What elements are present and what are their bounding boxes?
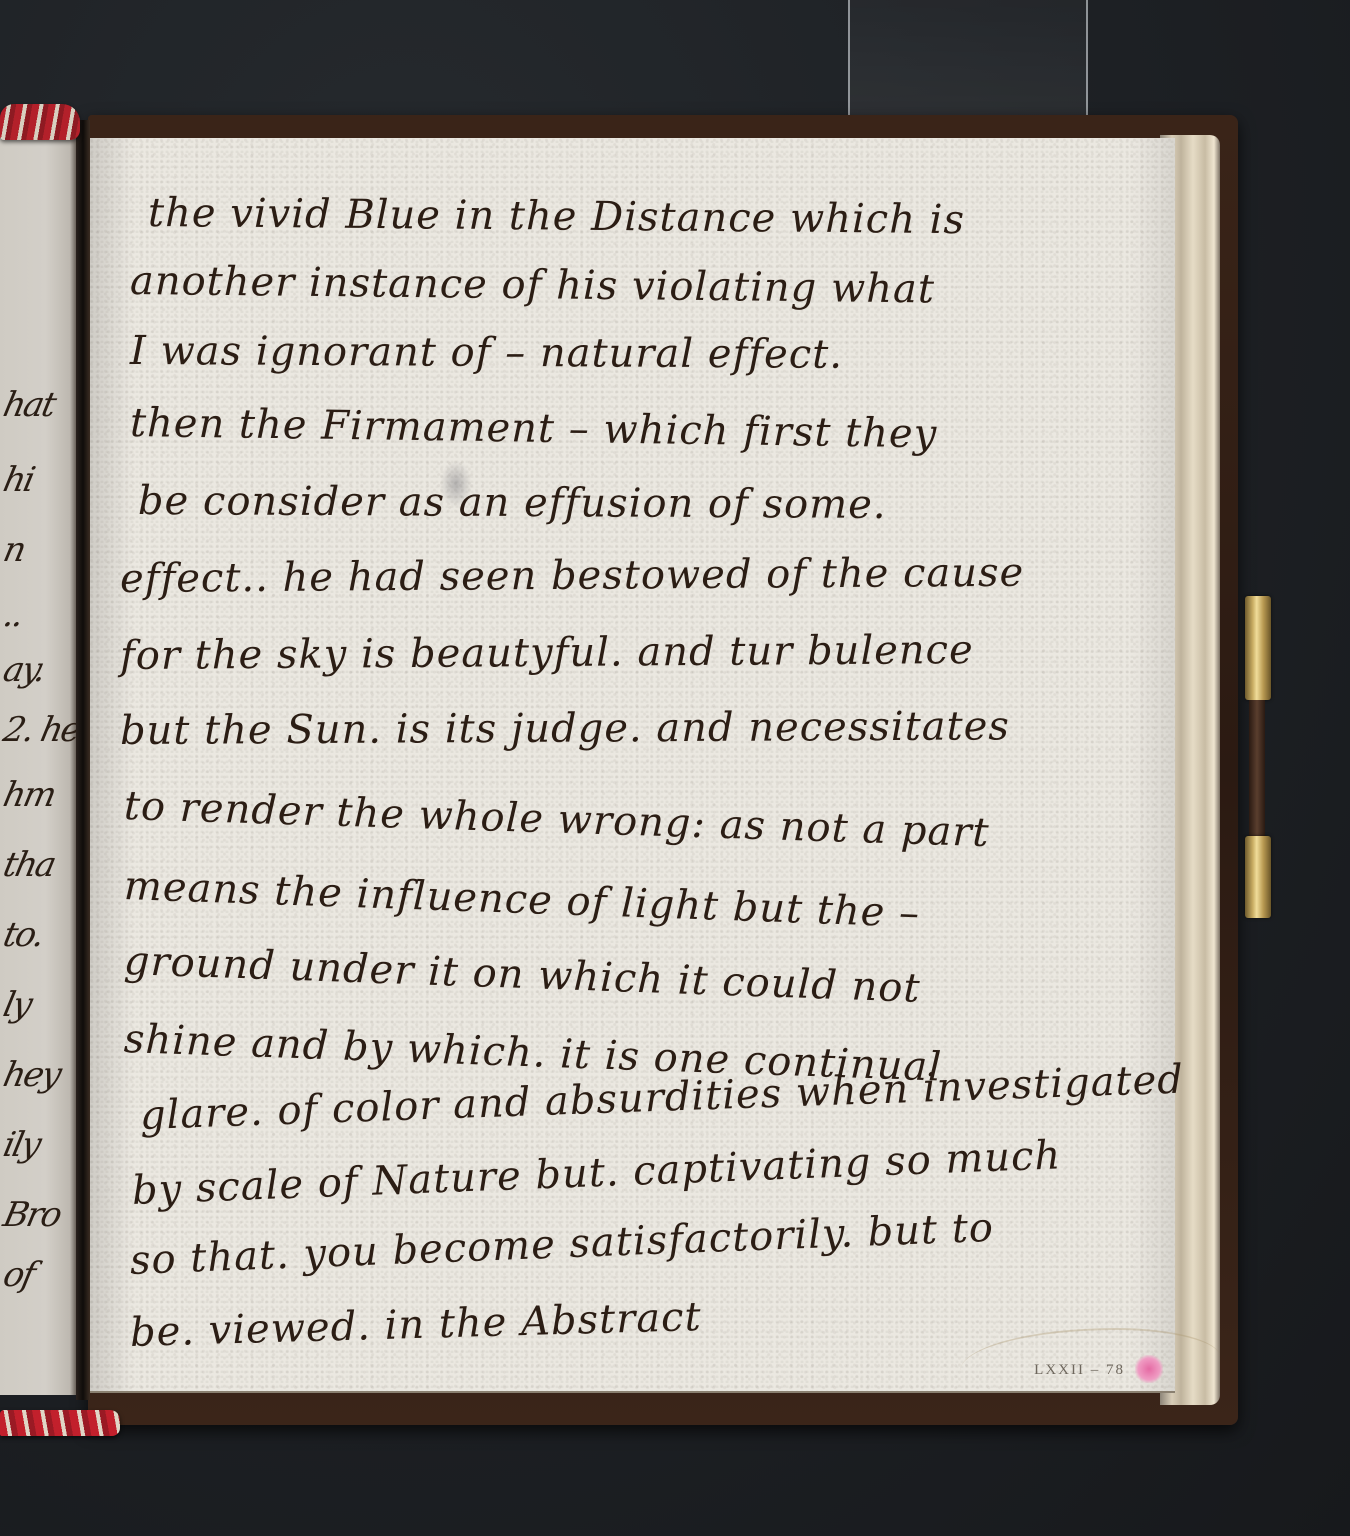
folio-number-stamp: LXXII – 78: [1034, 1362, 1125, 1379]
manuscript-line: for the sky is beautyful. and tur bulenc…: [120, 627, 974, 679]
clasp-brass-top: [1245, 596, 1271, 700]
facing-page-fragment: tha: [0, 845, 58, 885]
manuscript-line: so that. you become satisfactorily. but …: [129, 1205, 995, 1284]
facing-page-fragment: hey: [0, 1055, 63, 1095]
book-gutter: [76, 120, 90, 1400]
headband-bottom: [0, 1410, 120, 1436]
manuscript-line: be. viewed. in the Abstract: [129, 1294, 702, 1356]
facing-page-fragment: ..: [0, 595, 26, 635]
clasp-brass-bottom: [1245, 836, 1271, 918]
facing-page-fragment: ay.: [0, 650, 48, 690]
clasp-leather-strap: [1249, 700, 1265, 836]
facing-page-fragment: hat: [0, 385, 58, 425]
facing-page-fragment: Bro: [0, 1195, 64, 1235]
manuscript-line: another instance of his violating what: [130, 258, 935, 312]
brass-clasp: [1245, 596, 1271, 918]
facing-page-fragment: to.: [0, 915, 47, 955]
manuscript-line: be consider as an effusion of some.: [138, 478, 887, 528]
facing-page-fragment: hm: [0, 775, 58, 815]
facing-page: hat hi n .. ay. 2. he hm tha to. ly hey …: [0, 135, 76, 1395]
manuscript-line: means the influence of light but the –: [123, 863, 921, 937]
manuscript-line: effect.. he had seen bestowed of the cau…: [120, 550, 1025, 602]
facing-page-fragment: 2. he: [0, 710, 76, 750]
facing-page-fragment: hi: [0, 460, 37, 500]
facing-page-fragment: n: [0, 530, 28, 570]
manuscript-line: the vivid Blue in the Distance which is: [148, 190, 965, 243]
facing-page-fragment: ily: [0, 1125, 43, 1165]
manuscript-line: then the Firmament – which first they: [130, 400, 938, 457]
headband-top: [0, 104, 80, 140]
manuscript-line: I was ignorant of – natural effect.: [130, 328, 843, 378]
manuscript-line: ground under it on which it could not: [123, 938, 921, 1012]
facing-page-fragment: ly: [0, 985, 34, 1025]
manuscript-page: the vivid Blue in the Distance which is …: [90, 138, 1175, 1393]
facing-page-fragment: of: [0, 1255, 37, 1295]
manuscript-line: to render the whole wrong: as not a part: [123, 783, 990, 856]
manuscript-line: by scale of Nature but. captivating so m…: [131, 1132, 1062, 1214]
manuscript-line: but the Sun. is its judge. and necessita…: [120, 703, 1010, 754]
collection-stamp-mark: [1135, 1355, 1163, 1383]
